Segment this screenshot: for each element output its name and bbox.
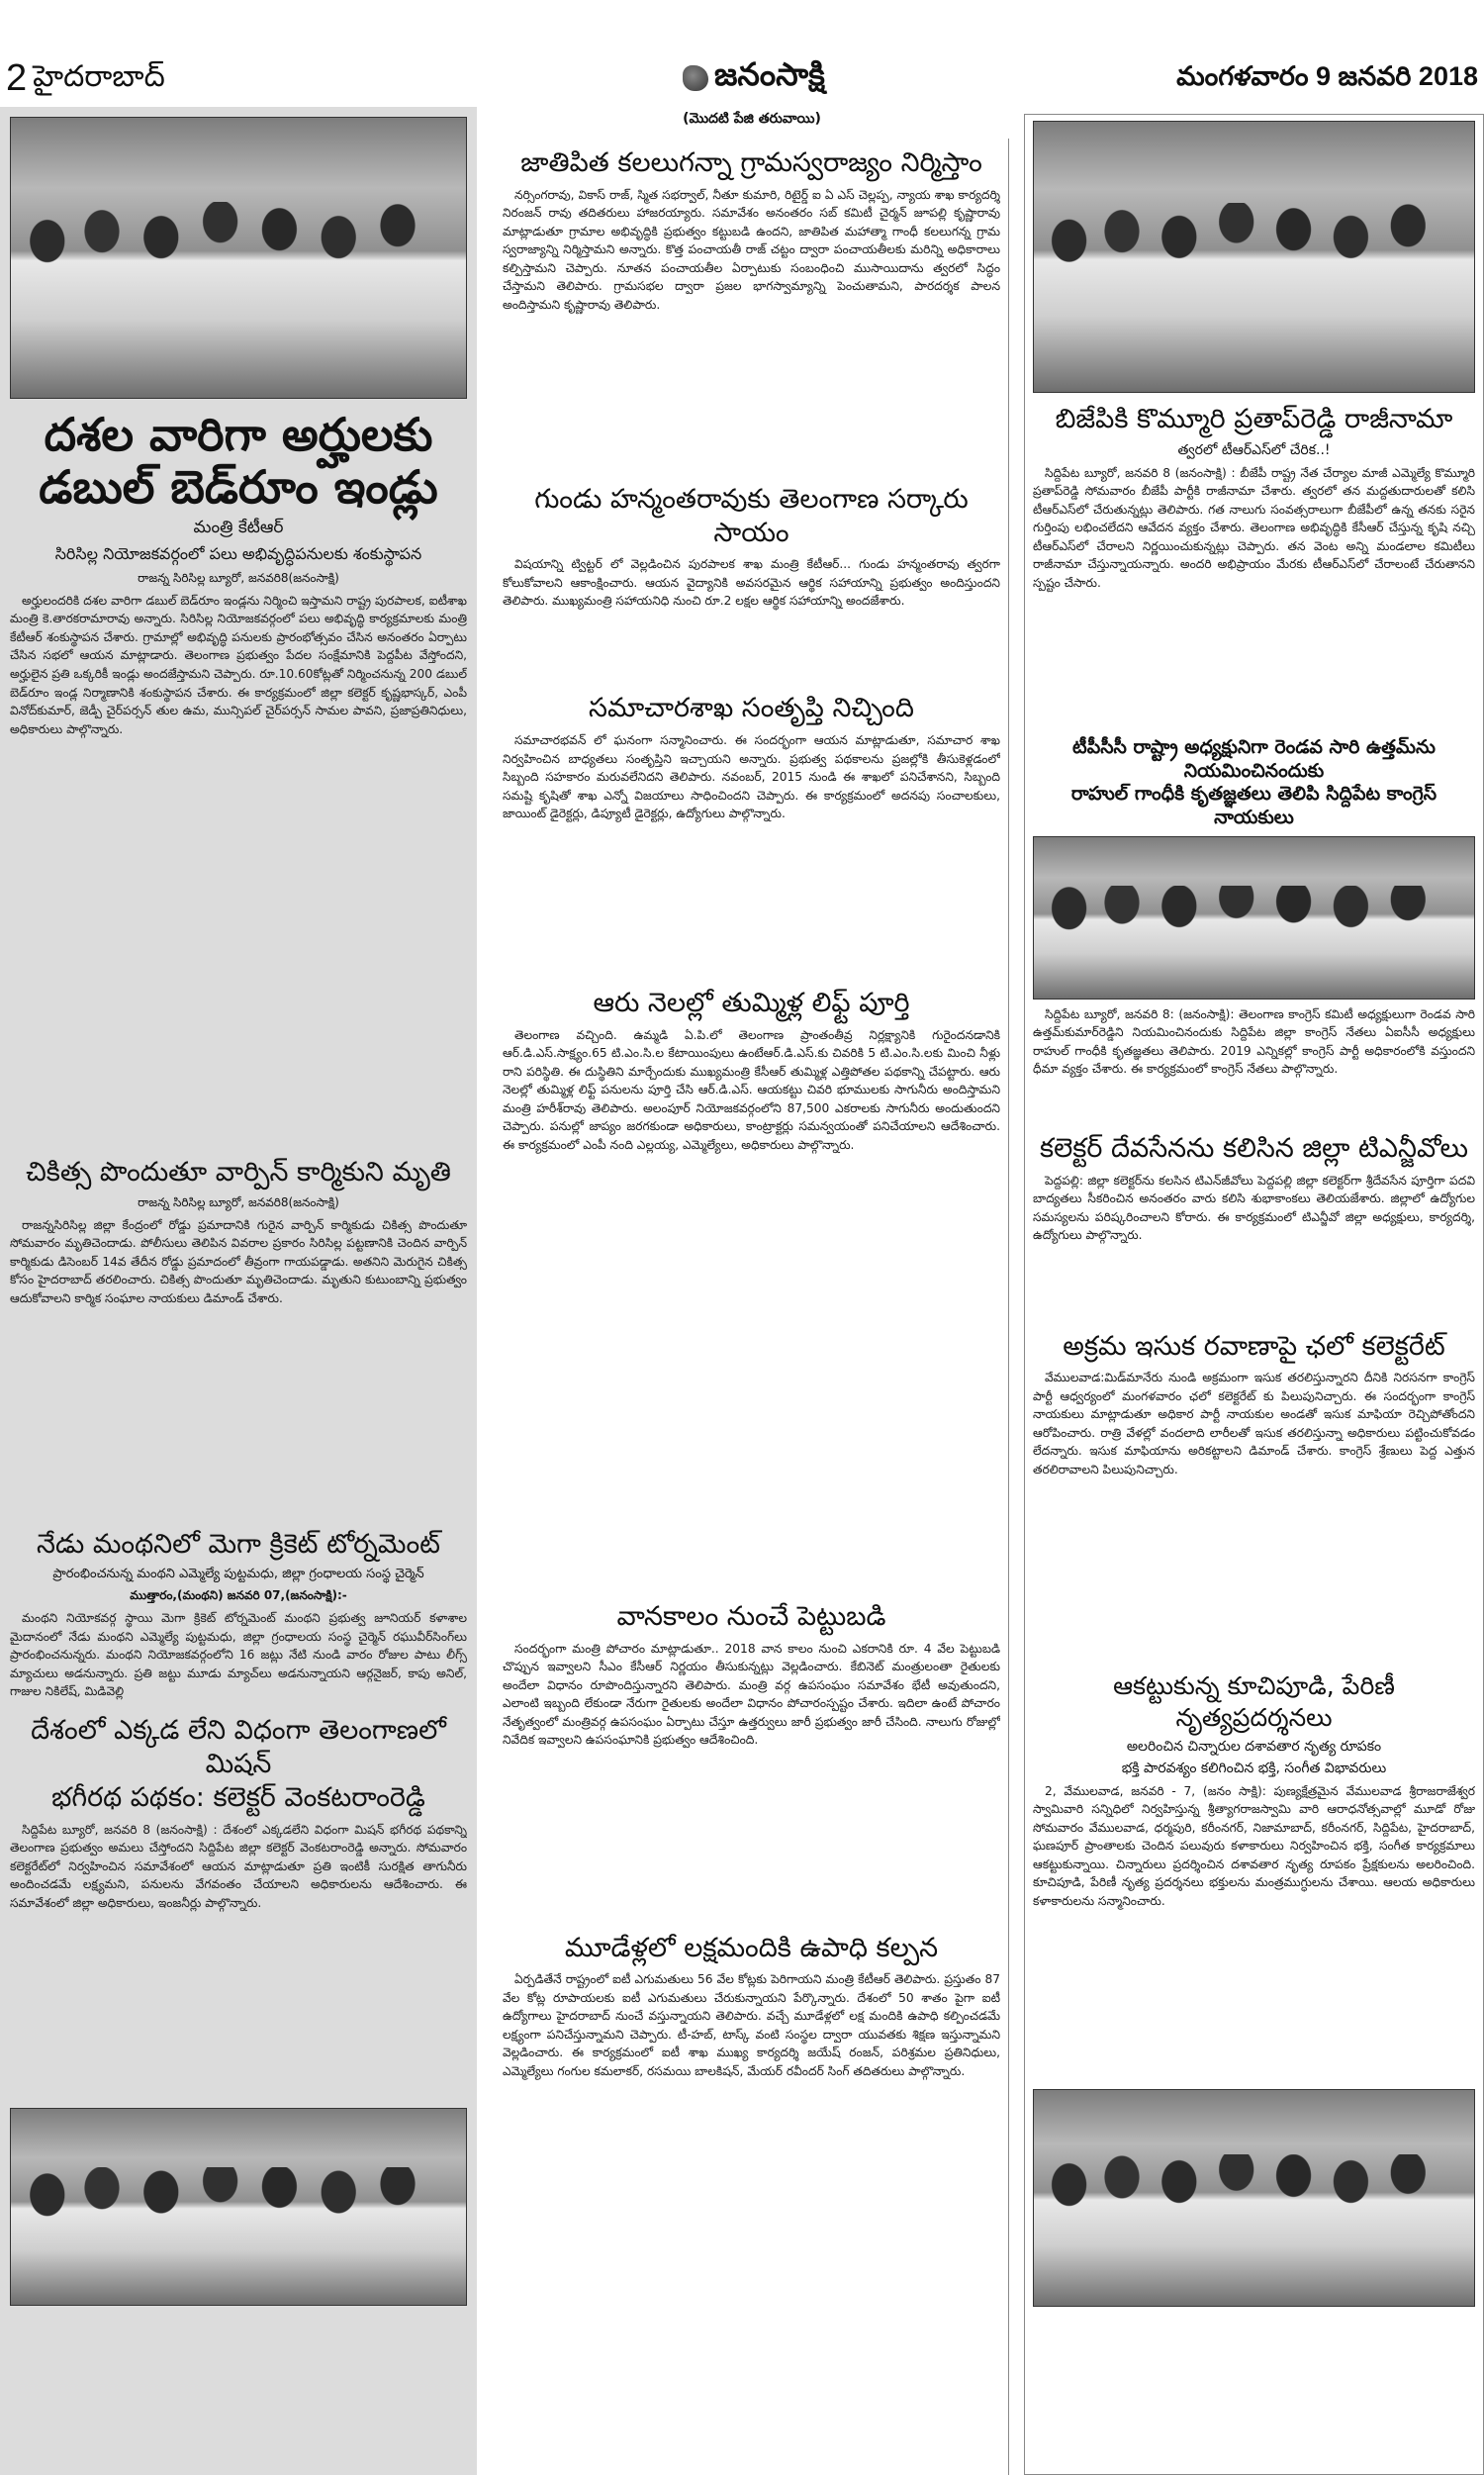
right-story2-body: సిద్దిపేట బ్యూరో, జనవరి 8: (జనంసాక్షి): … bbox=[1033, 1005, 1475, 1122]
lead-photo bbox=[10, 117, 467, 399]
continued-label: (మొదటి పేజి తరువాయి) bbox=[683, 111, 821, 130]
right-story5-body: 2, వేములవాడ, జనవరి - 7, (జనం సాక్షి): పు… bbox=[1033, 1782, 1475, 2089]
story4-headline: దేశంలో ఎక్కడ లేని విధంగా తెలంగాణలో మిషన్… bbox=[10, 1714, 467, 1814]
paper-logo: జనంసాక్షి bbox=[683, 55, 825, 101]
masthead: 2హైదరాబాద్ జనంసాక్షి (మొదటి పేజి తరువాయి… bbox=[0, 0, 1484, 109]
right-story5-subhead-1: అలరించిన చిన్నారుల దశావతార నృత్య రూపకం bbox=[1033, 1739, 1475, 1758]
logo-mark-icon bbox=[683, 65, 708, 91]
left-column: దశల వారిగా అర్హులకు డబుల్ బెడ్‌రూం ఇండ్ల… bbox=[0, 107, 477, 2475]
lead-headline-line2: డబుల్ బెడ్‌రూం ఇండ్లు bbox=[39, 460, 437, 514]
middle-column: జాతిపిత కలలుగన్నా గ్రామస్వరాజ్యం నిర్మిస… bbox=[495, 139, 1009, 2475]
right-story1-subhead: త్వరలో టీఆర్‌ఎస్‌లో చేరిక..! bbox=[1033, 442, 1475, 461]
story4-body: సిద్దిపేట బ్యూరో, జనవరి 8 (జనంసాక్షి) : … bbox=[10, 1821, 467, 2108]
story3-subhead: ప్రారంభించనున్న మంథని ఎమ్మెల్యే పుట్టమధు… bbox=[10, 1567, 467, 1584]
right-column: బిజేపికి కొమ్మూరి ప్రతాప్‌రెడ్డి రాజీనామ… bbox=[1024, 114, 1484, 2475]
lead-subhead-2: సిరిసిల్ల నియోజకవర్గంలో పలు అభివృద్ధిపను… bbox=[10, 544, 467, 567]
mid-story4-body: తెలంగాణ వచ్చింది. ఉమ్మడి ఏ.పి.లో తెలంగాణ… bbox=[503, 1026, 1000, 1590]
story3-dateline: ముత్తారం,(మంథని) జనవరి 07,(జనంసాక్షి):- bbox=[10, 1588, 467, 1605]
lead-headline: దశల వారిగా అర్హులకు డబుల్ బెడ్‌రూం ఇండ్ల… bbox=[10, 409, 467, 514]
right-story2-headline-line1: టీపీసీసీ రాష్ట్రా అధ్యక్షునిగా రెండవ సార… bbox=[1072, 736, 1436, 782]
right-photo-3 bbox=[1033, 2089, 1475, 2307]
story2-dateline: రాజన్న సిరిసిల్ల బ్యూరో, జనవరి8(జనంసాక్ష… bbox=[10, 1195, 467, 1212]
page-section-label: 2హైదరాబాద్ bbox=[6, 57, 165, 101]
mid-story6-headline: మూడేళ్లలో లక్షమందికి ఉపాధి కల్పన bbox=[503, 1932, 1000, 1965]
section-name: హైదరాబాద్ bbox=[33, 60, 165, 93]
story2-headline: చికిత్స పొందుతూ వార్పిన్ కార్మికుని మృతి bbox=[10, 1156, 467, 1190]
paper-name: జనంసాక్షి bbox=[714, 55, 825, 101]
right-story1-body: సిద్దిపేట బ్యూరో, జనవరి 8 (జనంసాక్షి) : … bbox=[1033, 464, 1475, 726]
mid-story2-body: విషయాన్ని ట్విట్టర్ లో వెల్లడించిన పురపా… bbox=[503, 555, 1000, 682]
mid-story3-headline: సమాచారశాఖ సంతృప్తి నిచ్చింది bbox=[503, 692, 1000, 725]
right-story2-headline: టీపీసీసీ రాష్ట్రా అధ్యక్షునిగా రెండవ సార… bbox=[1033, 736, 1475, 830]
right-photo-1 bbox=[1033, 121, 1475, 393]
right-story3-headline: కలెక్టర్ దేవసేనను కలిసిన జిల్లా టిఎన్జీవ… bbox=[1033, 1132, 1475, 1166]
right-story4-body: వేములవాడ:మిడ్‌మానేరు నుండి అక్రమంగా ఇసుక… bbox=[1033, 1369, 1475, 1661]
story3-headline: నేడు మంథనిలో మెగా క్రికెట్ టోర్నమెంట్ bbox=[10, 1528, 467, 1562]
lead-body: అర్హులందరికి దశల వారిగా డబుల్ బెడ్‌రూం ఇ… bbox=[10, 592, 467, 1146]
page-number: 2 bbox=[6, 57, 27, 99]
story2-body: రాజన్నసిరిసిల్ల జిల్లా కేంద్రంలో రోడ్డు … bbox=[10, 1216, 467, 1518]
right-story1-headline: బిజేపికి కొమ్మూరి ప్రతాప్‌రెడ్డి రాజీనామ… bbox=[1033, 403, 1475, 436]
right-story4-headline: అక్రమ ఇసుక రవాణాపై ఛలో కలెక్టరేట్ bbox=[1033, 1330, 1475, 1364]
mid-story4-headline: ఆరు నెలల్లో తుమ్మిళ్ల లిఫ్ట్ పూర్తి bbox=[503, 987, 1000, 1020]
lead-dateline: రాజన్న సిరిసిల్ల బ్యూరో, జనవరి8(జనంసాక్ష… bbox=[10, 571, 467, 588]
mid-story3-body: సమాచారభవన్ లో ఘనంగా సన్మానించారు. ఈ సందర… bbox=[503, 731, 1000, 977]
right-story5-headline: ఆకట్టుకున్న కూచిపూడి, పేరిణీ నృత్యప్రదర్… bbox=[1033, 1670, 1475, 1733]
right-story5-subhead-2: భక్తి పారవశ్యం కలిగించిన భక్తి, సంగీత వి… bbox=[1033, 1761, 1475, 1779]
mid-story6-body: ఏర్పడితేనే రాష్ట్రంలో ఐటీ ఎగుమతులు 56 వే… bbox=[503, 1970, 1000, 2386]
lead-headline-line1: దశల వారిగా అర్హులకు bbox=[45, 408, 433, 461]
story4-headline-line2: భగీరథ పథకం: కలెక్టర్ వెంకటరాంరెడ్డి bbox=[51, 1782, 425, 1813]
issue-date: మంగళవారం 9 జనవరి 2018 bbox=[1176, 61, 1478, 99]
story3-body: మంథని నియోకవర్గ స్థాయి మెగా క్రికెట్ టోర… bbox=[10, 1609, 467, 1704]
right-photo-2 bbox=[1033, 836, 1475, 1000]
mid-story1-body: నర్సింగరావు, వికాస్ రాజ్, స్మిత సభర్వాల్… bbox=[503, 186, 1000, 473]
mid-story5-headline: వానకాలం నుంచే పెట్టుబడి bbox=[503, 1600, 1000, 1634]
mid-story5-body: సందర్భంగా మంత్రి పోచారం మాట్లాడుతూ.. 201… bbox=[503, 1640, 1000, 1922]
mid-story1-headline: జాతిపిత కలలుగన్నా గ్రామస్వరాజ్యం నిర్మిస… bbox=[503, 146, 1000, 180]
mid-story2-headline: గుండు హన్మంతరావుకు తెలంగాణ సర్కారు సాయం bbox=[503, 483, 1000, 550]
story4-photo bbox=[10, 2108, 467, 2306]
lead-subhead: మంత్రి కేటీఆర్ bbox=[10, 518, 467, 541]
right-story3-body: పెద్దపల్లి: జిల్లా కలెక్టర్‌ను కలసిన టిఎ… bbox=[1033, 1172, 1475, 1320]
right-story2-headline-line2: రాహుల్ గాంధీకి కృతజ్ఞతలు తెలిపి సిద్దిపే… bbox=[1071, 783, 1437, 828]
story4-headline-line1: దేశంలో ఎక్కడ లేని విధంగా తెలంగాణలో మిషన్ bbox=[31, 1715, 446, 1779]
